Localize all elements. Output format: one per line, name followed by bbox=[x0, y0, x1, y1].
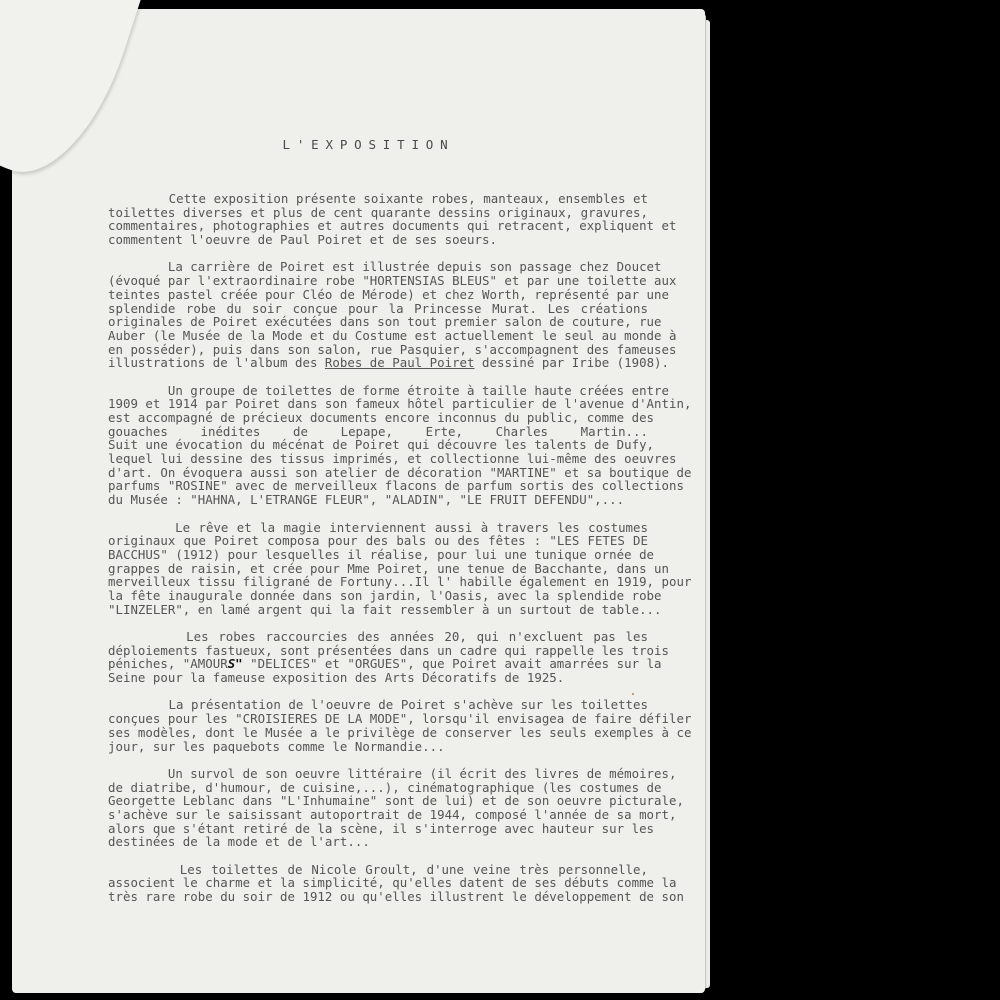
paragraph-line: Georgette Leblanc dans "L'Inhumaine" son… bbox=[108, 794, 648, 808]
paragraph-3: Un groupe de toilettes de forme étroite … bbox=[108, 384, 648, 507]
paragraph-line: Suit une évocation du mécénat de Poiret … bbox=[108, 438, 648, 452]
paragraph-5: Les robes raccourcies des années 20, qui… bbox=[108, 630, 648, 685]
paragraph-line: "LINZELER", en lamé argent qui la fait r… bbox=[108, 603, 648, 617]
paragraph-line: Le rêve et la magie interviennent aussi … bbox=[108, 521, 648, 535]
paragraph-line: commentent l'oeuvre de Paul Poiret et de… bbox=[108, 233, 648, 247]
paragraph-line: Auber (le Musée de la Mode et du Costume… bbox=[108, 329, 648, 343]
paragraph-line: BACCHUS" (1912) pour lesquelles il réali… bbox=[108, 548, 648, 562]
paragraph-line: lequel lui dessine des tissus imprimés, … bbox=[108, 452, 648, 466]
paragraph-line: Cette exposition présente soixante robes… bbox=[108, 192, 648, 206]
paragraph-4: Le rêve et la magie interviennent aussi … bbox=[108, 521, 648, 617]
paragraph-line: parfums "ROSINE" avec de merveilleux fla… bbox=[108, 479, 648, 493]
paragraph-line: conçues pour les "CROISIERES DE LA MODE"… bbox=[108, 712, 648, 726]
paragraph-line: déploiements fastueux, sont présentées d… bbox=[108, 644, 648, 658]
paragraph-line: en posséder), puis dans son salon, rue P… bbox=[108, 343, 648, 357]
paragraph-line: toilettes diverses et plus de cent quara… bbox=[108, 206, 648, 220]
paragraph-line: d'art. On évoquera aussi son atelier de … bbox=[108, 466, 648, 480]
paragraph-line: est accompagné de précieux documents enc… bbox=[108, 411, 648, 425]
paragraph-line: destinées de la mode et de l'art... bbox=[108, 835, 648, 849]
document-page: L'EXPOSITION Cette exposition présente s… bbox=[12, 9, 705, 993]
document-body: Cette exposition présente soixante robes… bbox=[108, 192, 648, 917]
paragraph-line: La carrière de Poiret est illustrée depu… bbox=[108, 260, 648, 274]
paragraph-line: originales de Poiret exécutées dans son … bbox=[108, 315, 648, 329]
paragraph-line: ses modèles, dont le Musée a le privilèg… bbox=[108, 726, 648, 740]
paragraph-line: Les toilettes de Nicole Groult, d'une ve… bbox=[108, 863, 648, 877]
paragraph-line: teintes pastel créée pour Cléo de Mérode… bbox=[108, 288, 648, 302]
paragraph-line: commentaires, photographies et autres do… bbox=[108, 219, 648, 233]
paragraph-line: gouaches inédites de Lepape, Erte, Charl… bbox=[108, 425, 648, 439]
paragraph-line: grappes de raisin, et crée pour Mme Poir… bbox=[108, 562, 648, 576]
paragraph-line: du Musée : "HAHNA, L'ETRANGE FLEUR", "AL… bbox=[108, 493, 648, 507]
paragraph-line: Un groupe de toilettes de forme étroite … bbox=[108, 384, 648, 398]
paragraph-7: Un survol de son oeuvre littéraire (il é… bbox=[108, 767, 648, 849]
paragraph-line: alors que s'étant retiré de la scène, il… bbox=[108, 822, 648, 836]
paragraph-line: originaux que Poiret composa pour des ba… bbox=[108, 534, 648, 548]
paper-speck bbox=[632, 693, 634, 695]
paragraph-line: très rare robe du soir de 1912 ou qu'ell… bbox=[108, 890, 648, 904]
paragraph-line: s'achève sur le saisissant autoportrait … bbox=[108, 808, 648, 822]
paragraph-line: associent le charme et la simplicité, qu… bbox=[108, 876, 648, 890]
paragraph-line: Un survol de son oeuvre littéraire (il é… bbox=[108, 767, 648, 781]
paragraph-line: la fête inaugurale donnée dans son jardi… bbox=[108, 589, 648, 603]
paragraph-2: La carrière de Poiret est illustrée depu… bbox=[108, 260, 648, 370]
paragraph-line: La présentation de l'oeuvre de Poiret s'… bbox=[108, 698, 648, 712]
paragraph-line: (évoqué par l'extraordinaire robe "HORTE… bbox=[108, 274, 648, 288]
paragraph-6: La présentation de l'oeuvre de Poiret s'… bbox=[108, 698, 648, 753]
paragraph-line: splendide robe du soir conçue pour la Pr… bbox=[108, 302, 648, 316]
paragraph-line: 1909 et 1914 par Poiret dans son fameux … bbox=[108, 397, 648, 411]
document-title: L'EXPOSITION bbox=[12, 137, 705, 152]
paragraph-line: Seine pour la fameuse exposition des Art… bbox=[108, 671, 648, 685]
paragraph-line: illustrations de l'album des Robes de Pa… bbox=[108, 356, 648, 370]
paragraph-line: jour, sur les paquebots comme le Normand… bbox=[108, 740, 648, 754]
paragraph-line: Les robes raccourcies des années 20, qui… bbox=[108, 630, 648, 644]
album-title-underlined: Robes de Paul Poiret bbox=[325, 355, 475, 370]
paragraph-line: de diatribe, d'humour, de cuisine,...), … bbox=[108, 781, 648, 795]
paragraph-1: Cette exposition présente soixante robes… bbox=[108, 192, 648, 247]
paragraph-line: péniches, "AMOURS" "DELICES" et "ORGUES"… bbox=[108, 657, 648, 671]
paragraph-8: Les toilettes de Nicole Groult, d'une ve… bbox=[108, 863, 648, 904]
paragraph-line: merveilleux tissu filigrané de Fortuny..… bbox=[108, 575, 648, 589]
